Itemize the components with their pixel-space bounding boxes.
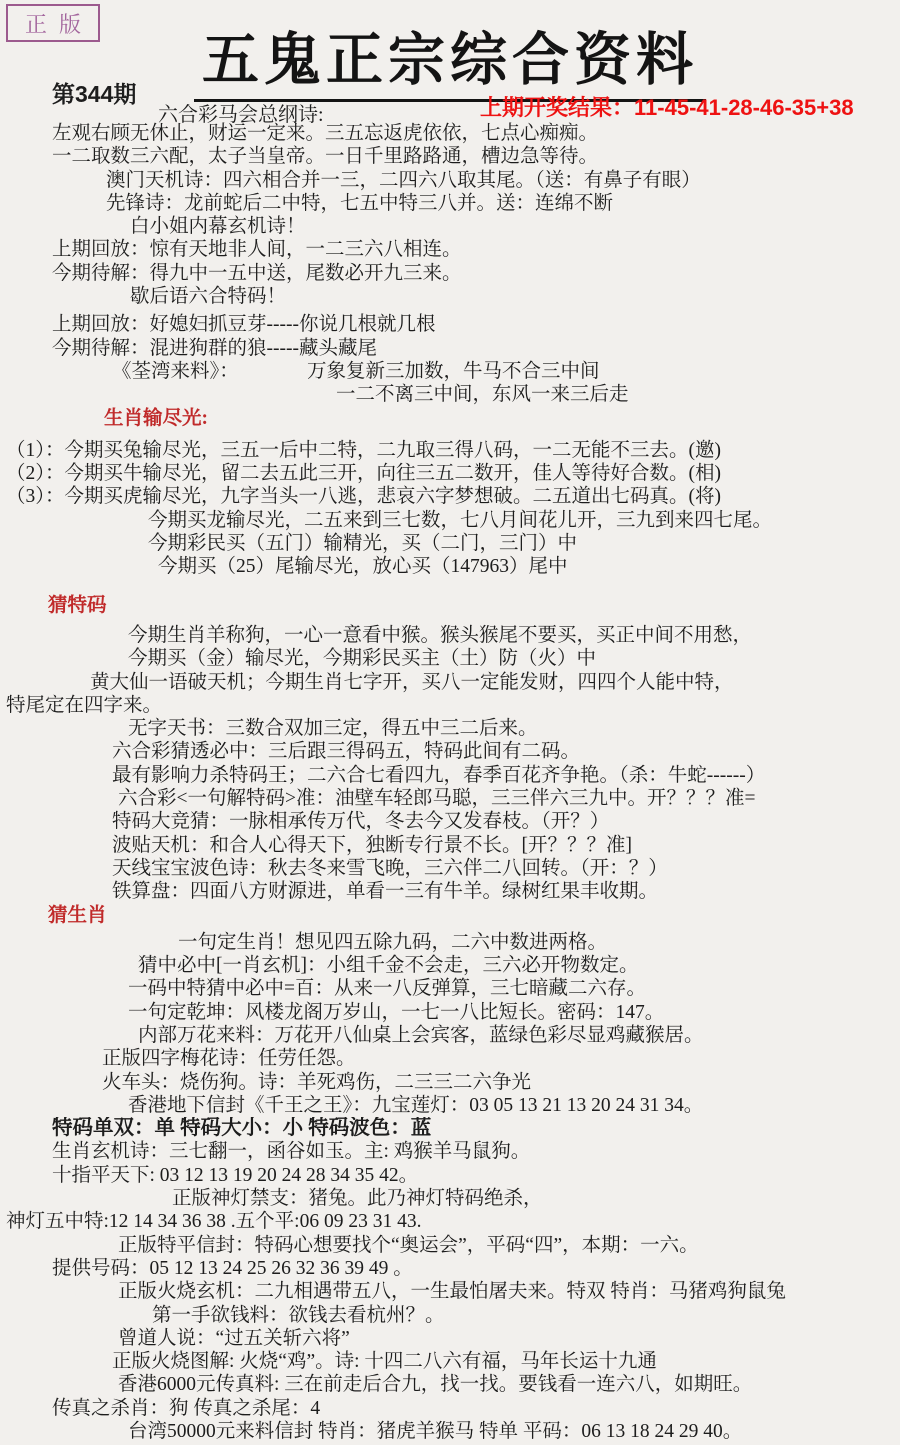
text-line: 一句定生肖！想见四五除九码，二六中数进两格。: [0, 931, 900, 954]
text-line: 无字天书：三数合双加三定，得五中三二后来。: [0, 717, 900, 740]
text-line: 一句定乾坤：风楼龙阁万岁山，一七一八比短长。密码：147。: [0, 1001, 900, 1024]
text-line: 铁算盘：四面八方财源进，单看一三有牛羊。绿树红果丰收期。: [0, 880, 900, 903]
text-line: 曾道人说：“过五关斩六将”: [0, 1327, 900, 1350]
text-line: 第一手欲钱料：欲钱去看杭州？。: [0, 1304, 900, 1327]
authentic-badge-label: 正版: [25, 8, 93, 39]
section-heading: 猜生肖: [0, 904, 900, 927]
text-line: 今期生肖羊称狗，一心一意看中猴。猴头猴尾不要买，买正中间不用愁，: [0, 624, 900, 647]
authentic-badge: 正版: [6, 4, 100, 42]
text-line: 今期待解：混进狗群的狼-----藏头藏尾: [0, 337, 900, 360]
text-line: （3）：今期买虎输尽光，九字当头一八逃，悲哀六字梦想破。二五道出七码真。(将): [0, 485, 900, 508]
text-line: 白小姐内幕玄机诗！: [0, 215, 900, 238]
text-line: 左观右顾无休止，财运一定来。三五忘返虎依依，七点心痴痴。: [0, 122, 900, 145]
page-title: 五鬼正宗综合资料: [194, 14, 706, 102]
text-line: 最有影响力杀特码王；二六合七看四九，春季百花齐争艳。（杀：牛蛇------）: [0, 764, 900, 787]
text-line: 神灯五中特:12 14 34 36 38 .五个平:06 09 23 31 43…: [0, 1210, 900, 1233]
last-draw-numbers: 11-45-41-28-46-35+38: [634, 95, 854, 120]
text-line: （1）：今期买兔输尽光，三五一后中二特，二九取三得八码，一二无能不三去。(邀): [0, 439, 900, 462]
text-line: 今期彩民买（五门）输精光，买（二门，三门）中: [0, 532, 900, 555]
text-line: 今期买（金）输尽光，今期彩民买主（土）防（火）中: [0, 647, 900, 670]
text-line: 火车头：烧伤狗。诗：羊死鸡伤，二三三二六争光: [0, 1071, 900, 1094]
text-line: 今期买（25）尾输尽光，放心买（147963）尾中: [0, 555, 900, 578]
text-line: 特码单双：单 特码大小：小 特码波色：蓝: [0, 1117, 900, 1140]
text-line: 上期回放：好媳妇抓豆芽-----你说几根就几根: [0, 313, 900, 336]
text-line: （2）：今期买牛输尽光，留二去五此三开，向往三五二数开，佳人等待好合数。(相): [0, 462, 900, 485]
text-line: 歇后语六合特码！: [0, 285, 900, 308]
text-line: 一二不离三中间，东风一来三后走: [0, 383, 900, 406]
text-line: 正版神灯禁支：猪兔。此乃神灯特码绝杀，: [0, 1187, 900, 1210]
text-line: 一码中特猜中必中=百：从来一八反弹算，三七暗藏二六存。: [0, 977, 900, 1000]
text-line: 一二取数三六配，太子当皇帝。一日千里路路通，槽边急等待。: [0, 145, 900, 168]
text-line: 正版四字梅花诗：任劳任怨。: [0, 1047, 900, 1070]
lottery-tips-sheet: 正版 五鬼正宗综合资料 第344期 六合彩马会总纲诗: 上期开奖结果：11-45…: [0, 0, 900, 1445]
text-line: 香港地下信封《千王之王》：九宝莲灯：03 05 13 21 13 20 24 3…: [0, 1094, 900, 1117]
section-heading: 生肖输尽光:: [0, 407, 900, 430]
last-draw-label: 上期开奖结果：: [480, 95, 634, 120]
text-line: 天线宝宝波色诗：秋去冬来雪飞晚，三六伴二八回转。（开：？）: [0, 857, 900, 880]
text-line: 台湾50000元来料信封 特肖：猪虎羊猴马 特单 平码：06 13 18 24 …: [0, 1420, 900, 1443]
text-line: 传真之杀肖：狗 传真之杀尾：4: [0, 1397, 900, 1420]
text-line: 特尾定在四字来。: [0, 694, 900, 717]
text-line: 提供号码：05 12 13 24 25 26 32 36 39 49 。: [0, 1257, 900, 1280]
content-lines: 左观右顾无休止，财运一定来。三五忘返虎依依，七点心痴痴。一二取数三六配，太子当皇…: [0, 122, 900, 1443]
text-line: 猜中必中[一肖玄机]：小组千金不会走，三六必开物数定。: [0, 954, 900, 977]
text-line: 生肖玄机诗：三七翻一，函谷如玉。主: 鸡猴羊马鼠狗。: [0, 1140, 900, 1163]
text-line: 正版火烧玄机：二九相遇带五八，一生最怕屠夫来。特双 特肖：马猪鸡狗鼠兔: [0, 1280, 900, 1303]
section-heading: 猜特码: [0, 594, 900, 617]
issue-number: 第344期: [52, 76, 136, 109]
text-line: 今期买龙输尽光，二五来到三七数，七八月间花儿开，三九到来四七尾。: [0, 509, 900, 532]
text-line: 六合彩<一句解特码>准：油壁车轻郎马聪，三三伴六三九中。开？？？准=: [0, 787, 900, 810]
text-line: 先锋诗：龙前蛇后二中特，七五中特三八并。送：连绵不断: [0, 192, 900, 215]
text-line: 特码大竞猜：一脉相承传万代，冬去今又发春枝。（开？）: [0, 810, 900, 833]
text-line: 波贴天机：和合人心得天下，独断专行景不长。[开？？？准]: [0, 834, 900, 857]
text-line: 十指平天下: 03 12 13 19 20 24 28 34 35 42。: [0, 1164, 900, 1187]
text-line: 黄大仙一语破天机；今期生肖七字开，买八一定能发财，四四个人能中特，: [0, 671, 900, 694]
text-line: 正版火烧图解: 火烧“鸡”。诗: 十四二八六有福，马年长运十九通: [0, 1350, 900, 1373]
text-line: 正版特平信封：特码心想要找个“奥运会”，平码“四”，本期：一六。: [0, 1234, 900, 1257]
text-line: 《荃湾来料》： 万象复新三加数，牛马不合三中间: [0, 360, 900, 383]
text-line: 内部万花来料：万花开八仙桌上会宾客，蓝绿色彩尽显鸡藏猴居。: [0, 1024, 900, 1047]
text-line: 香港6000元传真料: 三在前走后合九，找一找。要钱看一连六八，如期旺。: [0, 1373, 900, 1396]
text-line: 六合彩猜透必中：三后跟三得码五，特码此间有二码。: [0, 740, 900, 763]
text-line: 今期待解：得九中一五中送，尾数必开九三来。: [0, 262, 900, 285]
last-draw-result: 上期开奖结果：11-45-41-28-46-35+38: [480, 91, 854, 122]
text-line: 澳门天机诗：四六相合并一三，二四六八取其尾。（送：有鼻子有眼）: [0, 169, 900, 192]
text-line: 上期回放：惊有天地非人间，一二三六八相连。: [0, 238, 900, 261]
